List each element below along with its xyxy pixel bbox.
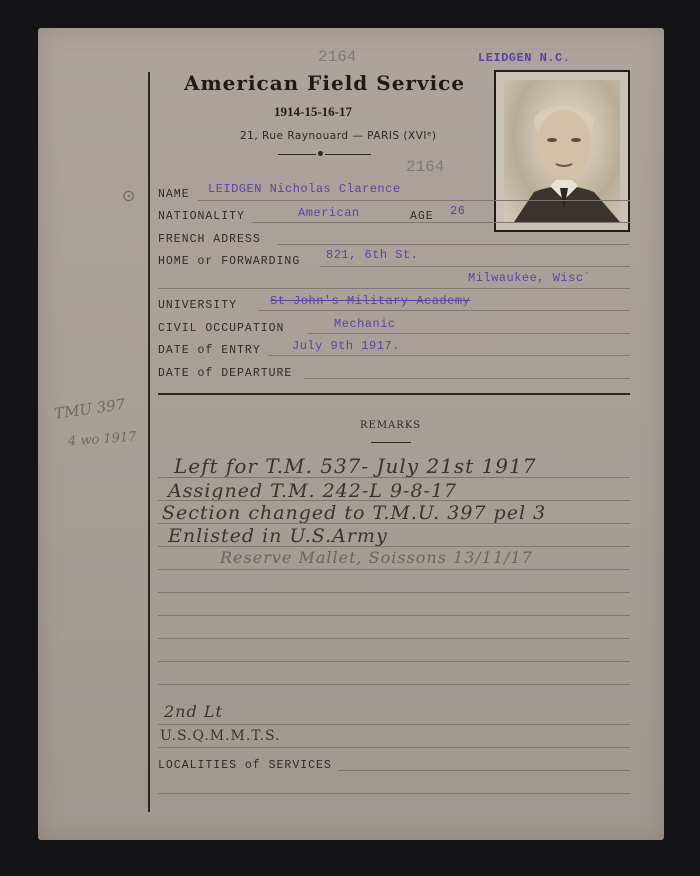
field-label-departure: DATE of DEPARTURE: [158, 367, 292, 380]
section-separator: [158, 393, 630, 395]
ruled-line: [158, 793, 630, 794]
unit-note: U.S.Q.M.M.T.S.: [160, 728, 281, 744]
field-line: [158, 288, 630, 289]
field-label-nationality: NATIONALITY: [158, 210, 245, 223]
ruled-line: [158, 523, 630, 524]
rank-note: 2nd Lt: [164, 702, 223, 721]
address: 21, Rue Raynouard — PARIS (XVIᵉ): [240, 130, 436, 142]
margin-note-date: 4 wo 1917: [68, 430, 137, 450]
field-line: [278, 244, 630, 245]
stamp-number-second: 2164: [406, 158, 444, 176]
ruled-line: [158, 684, 630, 685]
field-line: [304, 378, 630, 379]
field-value-university: St John's Military Academy: [270, 294, 470, 308]
divider-dot: [318, 151, 323, 156]
field-label-name: NAME: [158, 188, 190, 201]
ruled-line: [158, 500, 630, 501]
ruled-line: [158, 477, 630, 478]
field-label-occupation: CIVIL OCCUPATION: [158, 322, 284, 335]
ruled-line: [158, 546, 630, 547]
remarks-heading: REMARKS: [360, 420, 421, 431]
field-line: [320, 266, 630, 267]
field-value-age: 26: [450, 204, 465, 218]
field-label-french-address: FRENCH ADRESS: [158, 233, 261, 246]
field-value-home: 821, 6th St.: [326, 248, 418, 262]
field-line: [252, 222, 630, 223]
ruled-line: [158, 615, 630, 616]
circle-mark-icon: ⊙: [122, 186, 135, 206]
photo-frame: [494, 70, 630, 232]
field-label-entry: DATE of ENTRY: [158, 344, 261, 357]
ruled-line: [158, 638, 630, 639]
field-value-city: Milwaukee, Wisc˙: [468, 271, 591, 285]
org-title: American Field Service: [184, 71, 465, 95]
field-value-entry: July 9th 1917.: [292, 339, 400, 353]
field-line: [258, 310, 630, 311]
ruled-line: [158, 569, 630, 570]
field-label-university: UNIVERSITY: [158, 299, 237, 312]
ruled-line: [158, 747, 630, 748]
field-value-nationality: American: [298, 206, 360, 220]
ruled-line: [158, 592, 630, 593]
localities-label: LOCALITIES of SERVICES: [158, 759, 332, 772]
ruled-line: [338, 770, 630, 771]
divider-left: [278, 154, 316, 155]
remark-line: Section changed to T.M.U. 397 pel 3: [162, 502, 546, 524]
record-card: 2164 LEIDGEN N.C. American Field Service…: [38, 28, 664, 840]
remark-line: Enlisted in U.S.Army: [168, 525, 388, 547]
field-value-occupation: Mechanic: [334, 317, 396, 331]
ruled-line: [158, 724, 630, 725]
field-line: [308, 333, 630, 334]
remarks-divider: [371, 442, 411, 443]
remark-line: Assigned T.M. 242-L 9-8-17: [168, 480, 457, 502]
divider-right: [325, 154, 371, 155]
field-line: [268, 355, 630, 356]
field-value-name: LEIDGEN Nicholas Clarence: [208, 182, 401, 196]
margin-note-unit: TMU 397: [53, 395, 126, 423]
stamp-number-top: 2164: [318, 48, 356, 66]
remark-line: Left for T.M. 537- July 21st 1917: [174, 454, 536, 478]
name-tab: LEIDGEN N.C.: [478, 51, 570, 65]
field-label-home: HOME or FORWARDING: [158, 255, 300, 268]
field-line: [198, 200, 630, 201]
remark-line: Reserve Mallet, Soissons 13/11/17: [220, 548, 533, 567]
left-margin-rule: [148, 72, 150, 812]
ruled-line: [158, 661, 630, 662]
service-years: 1914-15-16-17: [274, 104, 352, 120]
